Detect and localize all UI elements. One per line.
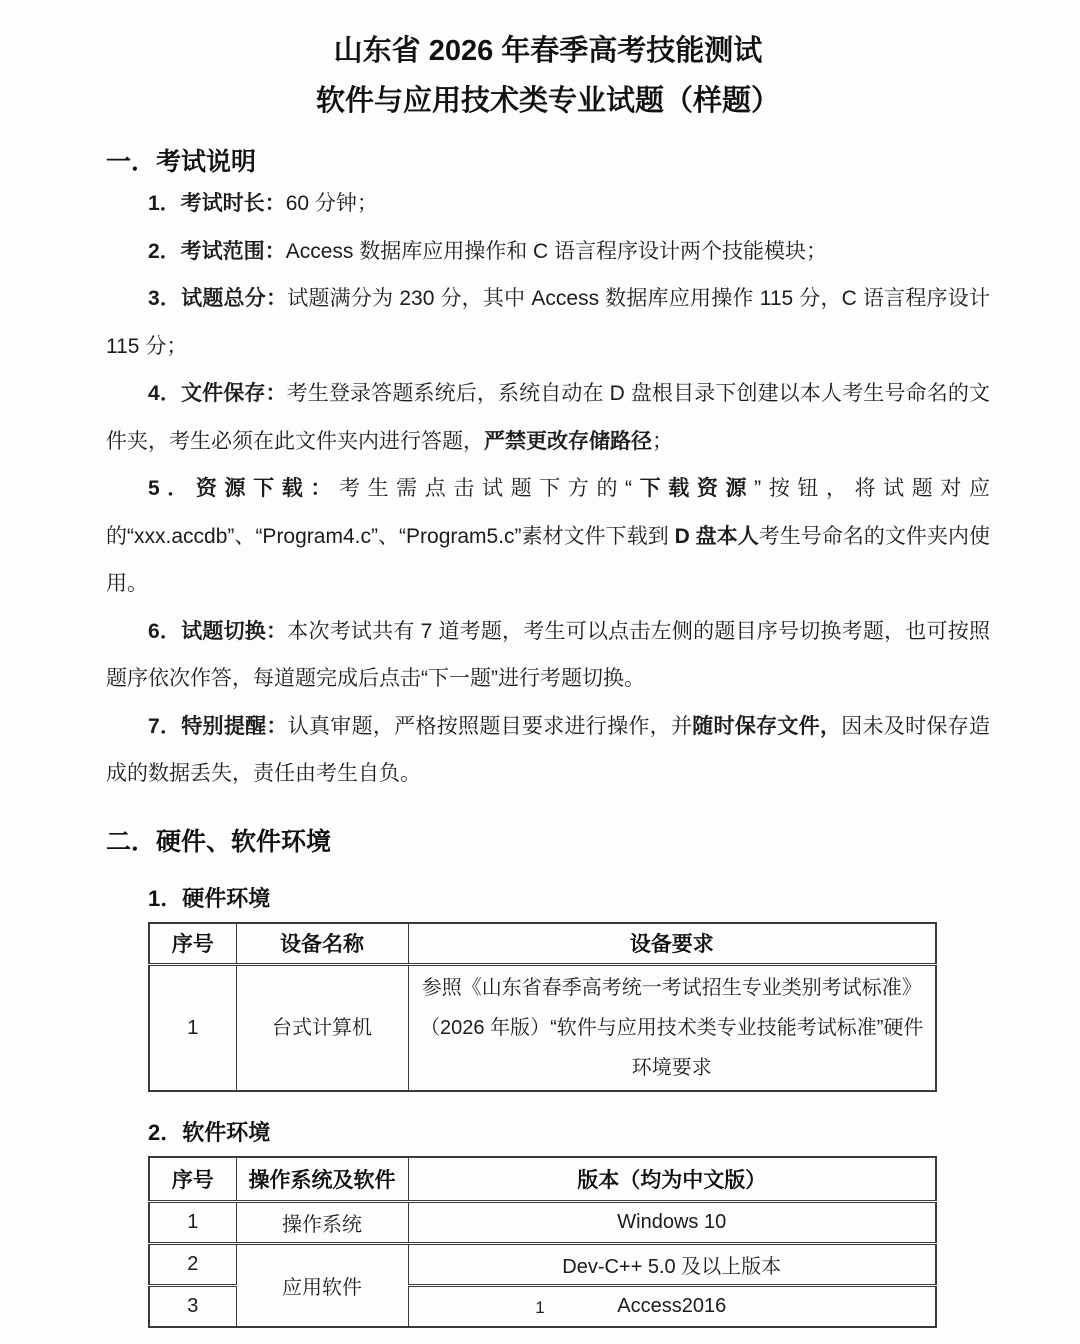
emphasized-text: 7．特别提醒： <box>148 715 288 738</box>
instruction-item-special-reminder: 7．特别提醒：认真审题，严格按照题目要求进行操作，并随时保存文件，因未及时保存造… <box>106 703 990 798</box>
hardware-subheading: 1．硬件环境 <box>148 884 990 914</box>
emphasized-text: 3．试题总分： <box>148 287 287 310</box>
body-text: 考生需点击试题下方的“ <box>339 477 632 500</box>
body-text: Access 数据库应用操作和 C 语言程序设计两个技能模块； <box>286 240 827 263</box>
instruction-item-resource-download: 5．资源下载：考生需点击试题下方的“下载资源”按钮，将试题对应的“xxx.acc… <box>106 465 990 608</box>
instruction-item-question-switch: 6．试题切换：本次考试共有 7 道考题，考生可以点击左侧的题目序号切换考题，也可… <box>106 608 990 703</box>
software-subheading: 2．软件环境 <box>148 1118 990 1148</box>
software-table-row-devcpp: 2 应用软件 Dev-C++ 5.0 及以上版本 <box>149 1243 936 1285</box>
body-text: 认真审题，严格按照题目要求进行操作，并 <box>288 715 693 738</box>
software-col-version-header: 版本（均为中文版） <box>408 1157 936 1201</box>
emphasized-text: D 盘本人 <box>675 525 759 548</box>
section-heading-exam-instructions: 一．考试说明 <box>106 144 990 180</box>
software-col-no-header: 序号 <box>149 1157 236 1201</box>
hardware-col-no-header: 序号 <box>149 923 236 965</box>
hardware-table: 序号 设备名称 设备要求 1 台式计算机 参照《山东省春季高考统一考试招生专业类… <box>148 922 937 1093</box>
section-heading-environment: 二．硬件、软件环境 <box>106 824 990 860</box>
emphasized-text: 6．试题切换： <box>148 620 287 643</box>
software-row2-no: 2 <box>149 1243 236 1285</box>
hardware-row-requirement: 参照《山东省春季高考统一考试招生专业类别考试标准》（2026 年版）“软件与应用… <box>408 965 936 1092</box>
hardware-row-no: 1 <box>149 965 236 1092</box>
software-row2-version: Dev-C++ 5.0 及以上版本 <box>408 1243 936 1285</box>
emphasized-text: 2．考试范围： <box>148 240 286 263</box>
body-text: ； <box>652 430 673 453</box>
software-col-category-header: 操作系统及软件 <box>236 1157 408 1201</box>
doc-title-line2: 软件与应用技术类专业试题（样题） <box>106 76 990 126</box>
hardware-col-req-header: 设备要求 <box>408 923 936 965</box>
page-number: 1 <box>0 1298 1080 1318</box>
instruction-item-scope: 2．考试范围：Access 数据库应用操作和 C 语言程序设计两个技能模块； <box>106 228 990 276</box>
emphasized-text: 5．资源下载： <box>148 477 339 500</box>
software-row1-version: Windows 10 <box>408 1201 936 1243</box>
emphasized-text: 1．考试时长： <box>148 192 286 215</box>
software-table-row-os: 1 操作系统 Windows 10 <box>149 1201 936 1243</box>
emphasized-text: 下载资源 <box>632 477 754 500</box>
software-row1-category: 操作系统 <box>236 1201 408 1243</box>
instruction-item-total-score: 3．试题总分：试题满分为 230 分，其中 Access 数据库应用操作 115… <box>106 275 990 370</box>
body-text: 60 分钟； <box>286 192 378 215</box>
instruction-item-file-save: 4．文件保存：考生登录答题系统后，系统自动在 D 盘根目录下创建以本人考生号命名… <box>106 370 990 465</box>
document-page: 山东省 2026 年春季高考技能测试 软件与应用技术类专业试题（样题） 一．考试… <box>0 0 1080 1344</box>
emphasized-text: 4．文件保存： <box>148 382 287 405</box>
emphasized-text: 随时保存文件， <box>692 715 841 738</box>
doc-title-line1: 山东省 2026 年春季高考技能测试 <box>106 26 990 76</box>
emphasized-text: 严禁更改存储路径 <box>484 430 652 453</box>
software-row1-no: 1 <box>149 1201 236 1243</box>
hardware-table-header-row: 序号 设备名称 设备要求 <box>149 923 936 965</box>
exam-instructions-list: 1．考试时长：60 分钟； 2．考试范围：Access 数据库应用操作和 C 语… <box>106 180 990 798</box>
software-table-header-row: 序号 操作系统及软件 版本（均为中文版） <box>149 1157 936 1201</box>
hardware-col-device-header: 设备名称 <box>236 923 408 965</box>
instruction-item-duration: 1．考试时长：60 分钟； <box>106 180 990 228</box>
hardware-table-row: 1 台式计算机 参照《山东省春季高考统一考试招生专业类别考试标准》（2026 年… <box>149 965 936 1092</box>
hardware-row-device: 台式计算机 <box>236 965 408 1092</box>
